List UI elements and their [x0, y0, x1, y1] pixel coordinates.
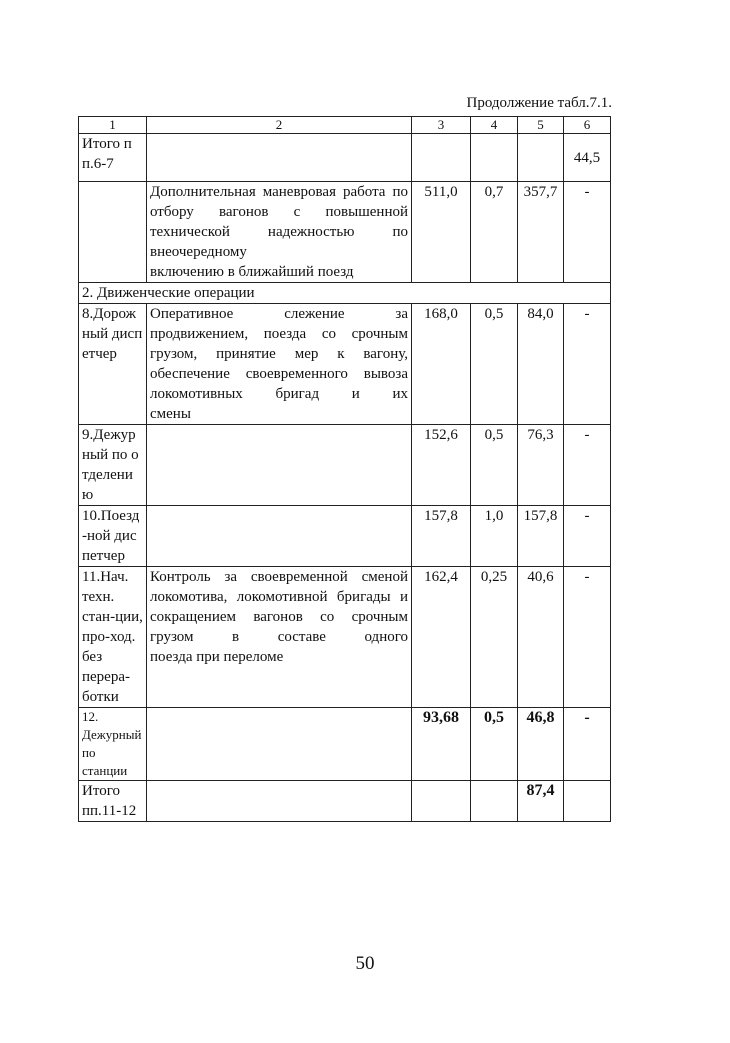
cell: [471, 781, 518, 822]
row-name: Итого пп.11-12: [79, 781, 147, 822]
desc-text: Дополнительная маневровая работа по отбо…: [150, 184, 408, 260]
row-name: 10.Поезд-ной диспетчер: [79, 506, 147, 567]
table-row: 9.Дежурный по отделению 152,6 0,5 76,3 -: [79, 425, 611, 506]
cell: [412, 781, 471, 822]
table-row: Итого пп.11-12 87,4: [79, 781, 611, 822]
cell: 511,0: [412, 182, 471, 283]
cell: 357,7: [518, 182, 564, 283]
row-name: 12. Дежурный по станции: [79, 708, 147, 781]
cell: [564, 781, 611, 822]
cell: -: [564, 425, 611, 506]
cell: 0,5: [471, 425, 518, 506]
row-desc: [147, 134, 412, 182]
row-name: [79, 182, 147, 283]
cell: 157,8: [518, 506, 564, 567]
cell: 84,0: [518, 304, 564, 425]
cell: 157,8: [412, 506, 471, 567]
cell: 1,0: [471, 506, 518, 567]
row-desc: [147, 708, 412, 781]
section-title: 2. Движенческие операции: [79, 283, 611, 304]
table-row: 11.Нач. техн. стан-ции, про-ход. без пер…: [79, 567, 611, 708]
cell: [412, 134, 471, 182]
desc-text-last: включению в ближайший поезд: [150, 262, 408, 282]
row-name: 11.Нач. техн. стан-ции, про-ход. без пер…: [79, 567, 147, 708]
header-cell: 4: [471, 117, 518, 134]
row-name: Итого пп.6-7: [79, 134, 147, 182]
cell: [518, 134, 564, 182]
cell: -: [564, 182, 611, 283]
row-desc: Контроль за своевременной сменой локомот…: [147, 567, 412, 708]
data-table: 1 2 3 4 5 6 Итого пп.6-7 44,5 Дополнител…: [78, 116, 611, 822]
cell: 46,8: [518, 708, 564, 781]
row-desc: Дополнительная маневровая работа по отбо…: [147, 182, 412, 283]
page-number: 50: [0, 953, 730, 975]
row-name: 8.Дорожный диспетчер: [79, 304, 147, 425]
row-name: 9.Дежурный по отделению: [79, 425, 147, 506]
row-desc: [147, 425, 412, 506]
cell: 93,68: [412, 708, 471, 781]
cell: -: [564, 567, 611, 708]
table-row: Итого пп.6-7 44,5: [79, 134, 611, 182]
desc-text: Контроль за своевременной сменой локомот…: [150, 569, 408, 645]
header-cell: 6: [564, 117, 611, 134]
cell: 87,4: [518, 781, 564, 822]
row-desc: [147, 781, 412, 822]
header-cell: 2: [147, 117, 412, 134]
cell: 76,3: [518, 425, 564, 506]
table-header-row: 1 2 3 4 5 6: [79, 117, 611, 134]
desc-text: Оперативное слежение за продвижением, по…: [150, 306, 408, 402]
cell: 152,6: [412, 425, 471, 506]
cell: 0,7: [471, 182, 518, 283]
desc-text-last: смены: [150, 404, 408, 424]
row-desc: [147, 506, 412, 567]
cell: -: [564, 304, 611, 425]
cell: 0,5: [471, 304, 518, 425]
cell: 40,6: [518, 567, 564, 708]
cell: 44,5: [564, 134, 611, 182]
header-cell: 3: [412, 117, 471, 134]
cell: 0,25: [471, 567, 518, 708]
cell: 0,5: [471, 708, 518, 781]
table-caption: Продолжение табл.7.1.: [467, 94, 613, 112]
cell: 162,4: [412, 567, 471, 708]
table-row: Дополнительная маневровая работа по отбо…: [79, 182, 611, 283]
desc-text-last: поезда при переломе: [150, 647, 408, 667]
header-cell: 1: [79, 117, 147, 134]
row-desc: Оперативное слежение за продвижением, по…: [147, 304, 412, 425]
table-row: 8.Дорожный диспетчер Оперативное слежени…: [79, 304, 611, 425]
cell: 168,0: [412, 304, 471, 425]
header-cell: 5: [518, 117, 564, 134]
section-row: 2. Движенческие операции: [79, 283, 611, 304]
table-row: 10.Поезд-ной диспетчер 157,8 1,0 157,8 -: [79, 506, 611, 567]
cell: [471, 134, 518, 182]
cell: -: [564, 708, 611, 781]
cell: -: [564, 506, 611, 567]
table-row: 12. Дежурный по станции 93,68 0,5 46,8 -: [79, 708, 611, 781]
